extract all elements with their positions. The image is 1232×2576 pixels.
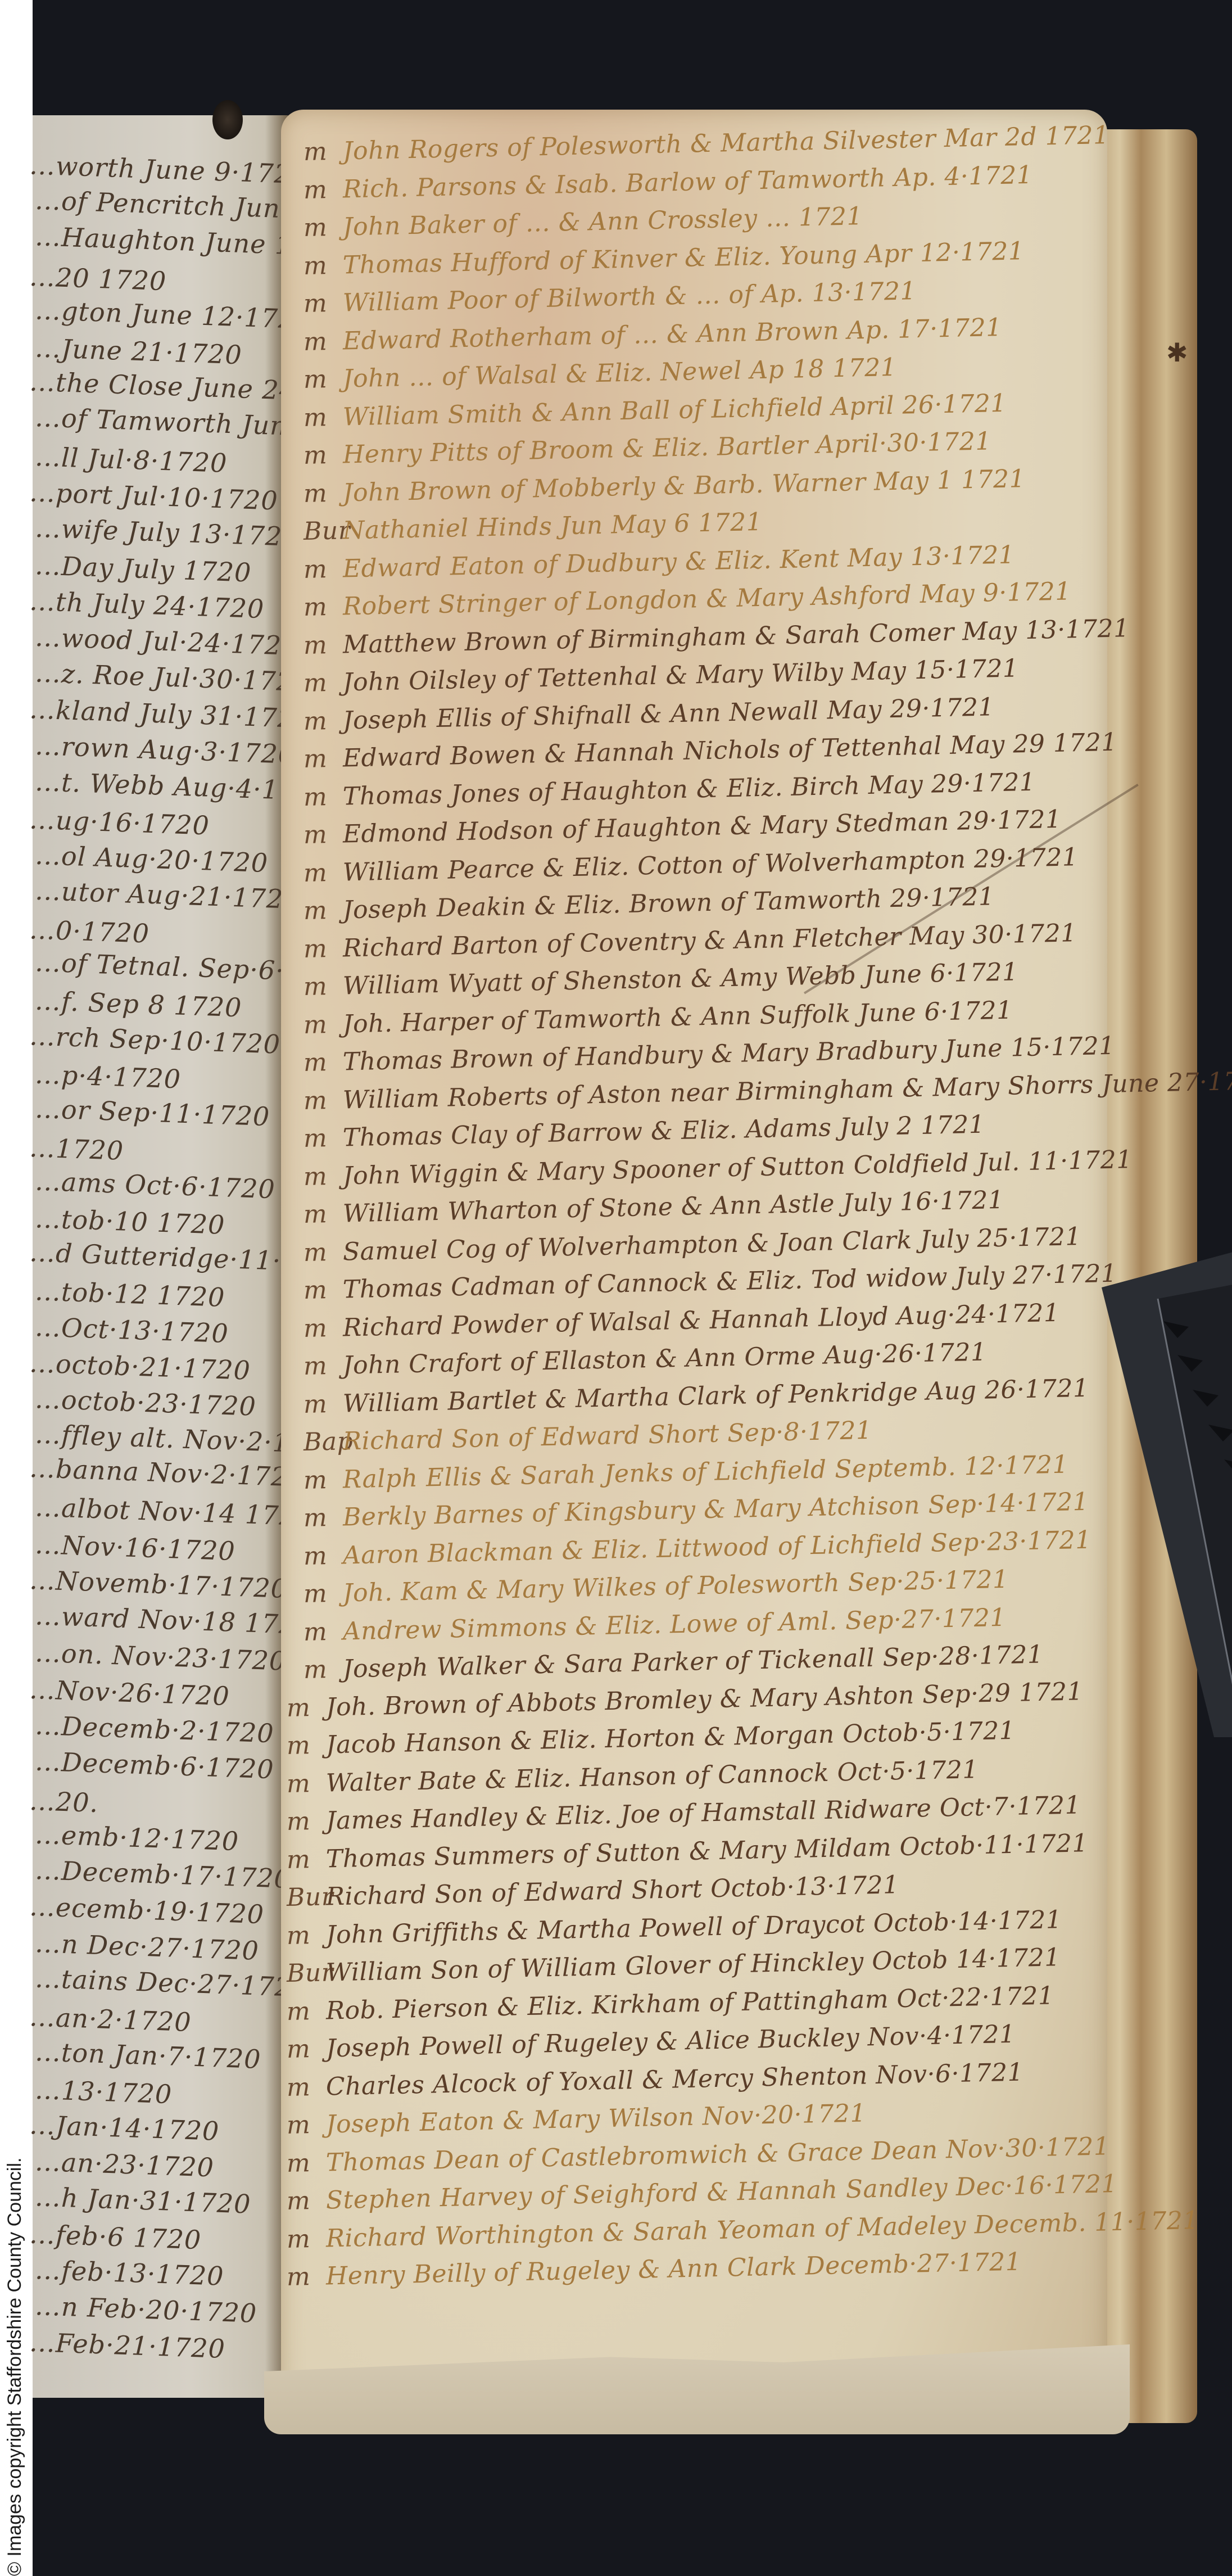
register-entry: mAndrew Simmons & Eliz. Lowe of Aml. Sep… <box>303 1603 1006 1646</box>
entry-text: William Bartlet & Martha Clark of Penkri… <box>342 1373 1089 1418</box>
register-entry: …or Sep·11·1720 <box>34 1093 270 1132</box>
entry-text: Matthew Brown of Birmingham & Sarah Come… <box>342 614 1130 659</box>
entry-type-label: m <box>303 1162 343 1191</box>
entry-type-label: m <box>303 403 343 432</box>
register-entry: mJacob Hanson & Eliz. Horton & Morgan Oc… <box>286 1716 1015 1760</box>
entry-type-label: m <box>286 2262 326 2292</box>
entry-type-label: Bur <box>286 1959 326 1988</box>
entry-type-label: m <box>303 1579 343 1608</box>
entry-type-label: m <box>286 1731 326 1760</box>
entry-type-label: m <box>286 2186 326 2216</box>
register-entry: mWilliam Wharton of Stone & Ann Astle Ju… <box>303 1186 1004 1229</box>
entry-text: Richard Son of Edward Short Octob·13·172… <box>325 1870 899 1911</box>
entry-text: Joseph Powell of Rugeley & Alice Buckley… <box>325 2020 1016 2063</box>
entry-text: John Crafort of Ellaston & Ann Orme Aug·… <box>342 1338 987 1380</box>
entry-text: James Handley & Eliz. Joe of Hamstall Ri… <box>325 1791 1081 1835</box>
register-entry: mRich. Parsons & Isab. Barlow of Tamwort… <box>303 160 1032 204</box>
register-entry: mThomas Hufford of Kinver & Eliz. Young … <box>303 237 1024 281</box>
register-entry: …th July 24·1720 <box>29 586 265 625</box>
entry-text: Richard Worthington & Sarah Yeoman of Ma… <box>325 2206 1199 2253</box>
register-entry: mJoh. Harper of Tamworth & Ann Suffolk J… <box>303 996 1013 1039</box>
register-entry: mJohn Baker of … & Ann Crossley … 1721 <box>303 202 863 242</box>
register-entry: mJohn Rogers of Polesworth & Martha Silv… <box>303 121 1109 166</box>
register-entry: …utor Aug·21·1720 <box>34 875 301 915</box>
entry-text: Jacob Hanson & Eliz. Horton & Morgan Oct… <box>325 1716 1015 1760</box>
register-entry: mThomas Clay of Barrow & Eliz. Adams Jul… <box>303 1110 985 1153</box>
register-entry: mJoseph Powell of Rugeley & Alice Buckle… <box>286 2020 1016 2064</box>
entry-type-label: m <box>303 744 343 774</box>
register-entry: mJoh. Kam & Mary Wilkes of Polesworth Se… <box>303 1565 1008 1608</box>
entry-type-label: m <box>286 2035 326 2064</box>
register-entry: mWilliam Poor of Bilworth & … of Ap. 13·… <box>303 277 916 318</box>
entry-text: William Wharton of Stone & Ann Astle Jul… <box>342 1186 1004 1228</box>
register-entry: …n Dec·27·1720 <box>34 1928 260 1966</box>
right-page: mJohn Rogers of Polesworth & Martha Silv… <box>281 110 1107 2420</box>
register-entry: …n Feb·20·1720 <box>34 2290 257 2329</box>
entry-text: Thomas Hufford of Kinver & Eliz. Young A… <box>342 237 1024 279</box>
register-entry: …albot Nov·14 1720 <box>34 1492 314 1531</box>
register-entry: …feb·13·1720 <box>34 2254 224 2292</box>
entry-text: Thomas Dean of Castlebromwich & Grace De… <box>325 2132 1109 2177</box>
entry-type-label: m <box>303 1465 343 1494</box>
binding-clasp-icon <box>212 100 243 139</box>
entry-text: Aaron Blackman & Eliz. Littwood of Lichf… <box>342 1525 1091 1570</box>
entry-type-label: m <box>303 1048 343 1077</box>
entry-text: Thomas Brown of Handbury & Mary Bradbury… <box>342 1032 1115 1077</box>
entry-type-label: m <box>303 1389 343 1418</box>
entry-text: Rich. Parsons & Isab. Barlow of Tamworth… <box>342 160 1032 204</box>
entry-type-label: m <box>303 1276 343 1305</box>
entry-type-label: m <box>286 2148 326 2177</box>
register-entry: …Oct·13·1720 <box>34 1312 229 1349</box>
entry-type-label: m <box>303 478 343 508</box>
register-entry: …ug·16·1720 <box>29 804 210 840</box>
register-entry: BurWilliam Son of William Glover of Hinc… <box>286 1943 1061 1988</box>
entry-text: Stephen Harvey of Seighford & Hannah San… <box>325 2170 1117 2215</box>
entry-type-label: m <box>286 1807 326 1836</box>
entry-type-label: m <box>303 1655 343 1684</box>
register-entry: mJohn Oilsley of Tettenhal & Mary Wilby … <box>303 654 1018 698</box>
register-entry: …ward Nov·18 1720 <box>34 1600 313 1640</box>
entry-type-label: m <box>303 593 343 622</box>
register-entry: BurNathaniel Hinds Jun May 6 1721 <box>303 508 762 546</box>
entry-type-label: m <box>303 1010 343 1039</box>
entry-type-label: m <box>286 2110 326 2140</box>
register-entry: …wife July 13·1720 <box>34 513 300 552</box>
entry-type-label: m <box>303 175 343 204</box>
entry-type-label: m <box>303 289 343 318</box>
register-entry: mJoseph Walker & Sara Parker of Tickenal… <box>303 1640 1043 1684</box>
left-page: …worth June 9·1720…of Pencritch June 9·1… <box>33 115 297 2398</box>
register-entry: BurRichard Son of Edward Short Octob·13·… <box>286 1870 899 1912</box>
entry-text: Henry Pitts of Broom & Eliz. Bartler Apr… <box>342 427 991 469</box>
register-entry: …June 21·1720 <box>34 332 242 370</box>
register-entry: …port Jul·10·1720 <box>29 477 278 516</box>
entry-type-label: m <box>303 251 343 280</box>
register-entry: …p·4·1720 <box>34 1059 182 1094</box>
entry-type-label: m <box>303 668 343 698</box>
entry-type-label: m <box>303 1124 343 1153</box>
register-entry: …an·2·1720 <box>29 2001 192 2037</box>
entry-text: Walter Bate & Eliz. Hanson of Cannock Oc… <box>325 1755 979 1797</box>
register-entry: mWilliam Bartlet & Martha Clark of Penkr… <box>303 1373 1089 1418</box>
register-entry: …Jan·14·1720 <box>29 2109 220 2146</box>
register-entry: mRob. Pierson & Eliz. Kirkham of Patting… <box>286 1981 1054 2026</box>
register-entry: …20. <box>29 1785 99 1818</box>
register-entry: mJoh. Brown of Abbots Bromley & Mary Ash… <box>286 1677 1083 1723</box>
register-entry: mHenry Beilly of Rugeley & Ann Clark Dec… <box>286 2248 1021 2292</box>
register-entry: …ams Oct·6·1720 <box>34 1166 275 1205</box>
metal-clip-icon <box>1068 1242 1232 1737</box>
register-entry: …tob·12 1720 <box>34 1276 225 1313</box>
entry-type-label: m <box>303 1503 343 1533</box>
entry-type-label: Bap <box>303 1427 343 1457</box>
register-entry: …Decemb·2·1720 <box>34 1710 274 1748</box>
register-entry: mJohn Crafort of Ellaston & Ann Orme Aug… <box>303 1338 987 1381</box>
entry-text: William Wyatt of Shenston & Amy Webb Jun… <box>342 957 1018 1000</box>
register-entry: mEdward Rotherham of … & Ann Brown Ap. 1… <box>303 313 1002 356</box>
entry-text: John Wiggin & Mary Spooner of Sutton Col… <box>342 1145 1133 1190</box>
entry-text: Edward Rotherham of … & Ann Brown Ap. 17… <box>342 313 1002 355</box>
register-entry: mWilliam Pearce & Eliz. Cotton of Wolver… <box>303 843 1078 888</box>
register-entry: mRalph Ellis & Sarah Jenks of Lichfield … <box>303 1450 1068 1494</box>
entry-text: John Griffiths & Martha Powell of Drayco… <box>325 1905 1062 1949</box>
register-entry: mJoseph Eaton & Mary Wilson Nov·20·1721 <box>286 2099 866 2140</box>
register-entry: …Day July 1720 <box>34 550 252 587</box>
register-entry: mCharles Alcock of Yoxall & Mercy Shento… <box>286 2058 1023 2102</box>
entry-text: Joseph Walker & Sara Parker of Tickenall… <box>342 1640 1043 1683</box>
register-entry: mSamuel Cog of Wolverhampton & Joan Clar… <box>303 1222 1081 1267</box>
entry-type-label: m <box>303 1086 343 1115</box>
register-entry: mJohn Wiggin & Mary Spooner of Sutton Co… <box>303 1145 1133 1191</box>
entry-text: Nathaniel Hinds Jun May 6 1721 <box>342 508 762 545</box>
entry-type-label: m <box>303 327 343 356</box>
entry-type-label: m <box>286 1920 326 1950</box>
entry-type-label: m <box>303 934 343 963</box>
register-entry: mThomas Dean of Castlebromwich & Grace D… <box>286 2132 1109 2178</box>
entry-text: John Oilsley of Tettenhal & Mary Wilby M… <box>342 654 1018 697</box>
entry-type-label: m <box>303 441 343 470</box>
register-entry: …z. Roe Jul·30·1720 <box>34 657 311 697</box>
entry-text: Edward Bowen & Hannah Nichols of Tettenh… <box>342 728 1117 773</box>
entry-type-label: m <box>303 706 343 735</box>
entry-text: Joh. Kam & Mary Wilkes of Polesworth Sep… <box>342 1565 1008 1608</box>
register-entry: mAaron Blackman & Eliz. Littwood of Lich… <box>303 1525 1091 1570</box>
register-entry: mRichard Worthington & Sarah Yeoman of M… <box>286 2206 1199 2254</box>
register-entry: mEdward Bowen & Hannah Nichols of Tetten… <box>303 728 1117 774</box>
register-entry: …wood Jul·24·1720 <box>34 621 299 661</box>
register-entry: …gton June 12·1720 <box>34 295 312 335</box>
entry-text: Joh. Brown of Abbots Bromley & Mary Asht… <box>325 1677 1083 1721</box>
register-entry: mWalter Bate & Eliz. Hanson of Cannock O… <box>286 1755 979 1798</box>
register-entry: …ecemb·19·1720 <box>29 1891 265 1930</box>
register-entry: …kland July 31·1720 <box>29 694 312 734</box>
entry-text: Ralph Ellis & Sarah Jenks of Lichfield S… <box>342 1450 1068 1494</box>
register-entry: …13·1720 <box>34 2074 173 2109</box>
entry-type-label: m <box>303 972 343 1001</box>
entry-type-label: m <box>303 858 343 887</box>
entry-text: Edmond Hodson of Haughton & Mary Stedman… <box>342 805 1061 849</box>
register-entry: …rch Sep·10·1720 <box>29 1020 281 1060</box>
register-entry: …Feb·21·1720 <box>29 2327 226 2364</box>
entry-type-label: m <box>286 2072 326 2102</box>
register-entry: mRobert Stringer of Longdon & Mary Ashfo… <box>303 577 1071 622</box>
entry-text: Samuel Cog of Wolverhampton & Joan Clark… <box>342 1222 1081 1267</box>
entry-type-label: m <box>286 1996 326 2026</box>
register-entry: …tob·10 1720 <box>34 1203 225 1240</box>
register-entry: …ton Jan·7·1720 <box>34 2036 261 2075</box>
entry-text: Thomas Clay of Barrow & Eliz. Adams July… <box>342 1110 985 1153</box>
register-entry: mThomas Cadman of Cannock & Eliz. Tod wi… <box>303 1259 1117 1305</box>
register-entry: …20 1720 <box>29 261 167 296</box>
entry-text: Henry Beilly of Rugeley & Ann Clark Dece… <box>325 2248 1021 2291</box>
entry-type-label: m <box>303 1352 343 1381</box>
register-entry: mJohn Brown of Mobberly & Barb. Warner M… <box>303 464 1025 508</box>
register-entry: …f. Sep 8 1720 <box>34 985 242 1023</box>
register-entry: mThomas Jones of Haughton & Eliz. Birch … <box>303 767 1035 811</box>
entry-type-label: m <box>303 137 343 166</box>
entry-text: John Baker of … & Ann Crossley … 1721 <box>342 202 863 241</box>
register-entry: …emb·12·1720 <box>34 1819 239 1857</box>
register-entry: mJohn Griffiths & Martha Powell of Drayc… <box>286 1905 1062 1950</box>
entry-text: Andrew Simmons & Eliz. Lowe of Aml. Sep·… <box>342 1603 1006 1646</box>
entry-text: William Pearce & Eliz. Cotton of Wolverh… <box>342 843 1078 887</box>
register-entry: mRichard Powder of Walsal & Hannah Lloyd… <box>303 1298 1059 1343</box>
margin-asterisk-icon: ✱ <box>1166 337 1188 368</box>
entry-text: Joh. Harper of Tamworth & Ann Suffolk Ju… <box>342 996 1013 1038</box>
entry-type-label: m <box>303 1313 343 1343</box>
register-entry: mWilliam Smith & Ann Ball of Lichfield A… <box>303 388 1007 432</box>
entry-text: John Brown of Mobberly & Barb. Warner Ma… <box>342 464 1025 507</box>
entry-type-label: m <box>303 1237 343 1267</box>
entry-text: Richard Son of Edward Short Sep·8·1721 <box>342 1416 872 1456</box>
entry-type-label: Bur <box>303 517 343 546</box>
entry-text: Robert Stringer of Longdon & Mary Ashfor… <box>342 577 1071 621</box>
entry-type-label: m <box>303 630 343 659</box>
entry-text: Charles Alcock of Yoxall & Mercy Shenton… <box>325 2058 1023 2101</box>
register-entry: …1720 <box>29 1132 124 1166</box>
entry-text: John Rogers of Polesworth & Martha Silve… <box>342 121 1109 166</box>
entry-text: Joseph Eaton & Mary Wilson Nov·20·1721 <box>325 2099 866 2139</box>
register-entry: …ol Aug·20·1720 <box>34 839 269 878</box>
register-entry: …h Jan·31·1720 <box>34 2181 251 2219</box>
register-entry: …feb·6 1720 <box>29 2218 202 2255</box>
register-entry: mWilliam Wyatt of Shenston & Amy Webb Ju… <box>303 957 1018 1001</box>
entry-text: Richard Barton of Coventry & Ann Fletche… <box>342 919 1077 962</box>
entry-text: Rob. Pierson & Eliz. Kirkham of Pattingh… <box>325 1981 1054 2025</box>
entry-type-label: m <box>303 213 343 242</box>
register-entry: mJames Handley & Eliz. Joe of Hamstall R… <box>286 1791 1081 1836</box>
entry-text: Thomas Cadman of Cannock & Eliz. Tod wid… <box>342 1259 1117 1304</box>
register-entry: …rown Aug·3·1720 <box>34 730 296 770</box>
entry-text: John … of Walsal & Eliz. Newel Ap 18 172… <box>342 353 896 394</box>
entry-text: Richard Powder of Walsal & Hannah Lloyd … <box>342 1298 1059 1342</box>
entry-type-label: Bur <box>286 1883 326 1912</box>
register-entry: mJoseph Ellis of Shifnall & Ann Newall M… <box>303 693 994 736</box>
entry-text: Berkly Barnes of Kingsbury & Mary Atchis… <box>342 1488 1089 1532</box>
entry-type-label: m <box>286 1693 326 1722</box>
entry-text: Thomas Summers of Sutton & Mary Mildam O… <box>325 1829 1088 1873</box>
entry-text: Thomas Jones of Haughton & Eliz. Birch M… <box>342 767 1035 811</box>
entry-text: William Smith & Ann Ball of Lichfield Ap… <box>342 388 1007 431</box>
entry-type-label: m <box>303 554 343 584</box>
register-entry: …tains Dec·27·1720 <box>34 1963 309 2003</box>
register-entry: mEdward Eaton of Dudbury & Eliz. Kent Ma… <box>303 540 1014 584</box>
register-entry: mStephen Harvey of Seighford & Hannah Sa… <box>286 2170 1117 2216</box>
register-entry: mThomas Summers of Sutton & Mary Mildam … <box>286 1829 1088 1874</box>
register-entry: …octob·21·1720 <box>29 1348 251 1386</box>
copyright-notice: © Images copyright Staffordshire County … <box>2 2149 27 2576</box>
register-entry: …worth June 9·1720 <box>29 150 309 189</box>
entry-text: Joseph Deakin & Eliz. Brown of Tamworth … <box>342 882 994 924</box>
register-entry: mHenry Pitts of Broom & Eliz. Bartler Ap… <box>303 427 991 470</box>
entry-type-label: m <box>303 1541 343 1570</box>
register-entry: …ll Jul·8·1720 <box>34 441 228 478</box>
register-entry: …Nov·16·1720 <box>34 1529 235 1566</box>
register-entry: mBerkly Barnes of Kingsbury & Mary Atchi… <box>303 1488 1089 1533</box>
entry-text: William Poor of Bilworth & … of Ap. 13·1… <box>342 277 916 317</box>
entry-type-label: m <box>303 365 343 394</box>
entry-type-label: m <box>286 1769 326 1798</box>
register-entry: …Nov·26·1720 <box>29 1674 230 1711</box>
register-entry: mJoseph Deakin & Eliz. Brown of Tamworth… <box>303 882 994 925</box>
register-entry: mJohn … of Walsal & Eliz. Newel Ap 18 17… <box>303 353 896 394</box>
entry-type-label: m <box>286 1845 326 1874</box>
entry-type-label: m <box>303 896 343 925</box>
register-entry: mThomas Brown of Handbury & Mary Bradbur… <box>303 1032 1115 1077</box>
register-entry: …Decemb·17·1720 <box>34 1855 292 1894</box>
register-entry: BapRichard Son of Edward Short Sep·8·172… <box>303 1416 872 1457</box>
register-entry: mRichard Barton of Coventry & Ann Fletch… <box>303 919 1077 964</box>
entry-type-label: m <box>303 1617 343 1646</box>
register-entry: …an·23·1720 <box>34 2146 215 2182</box>
entry-type-label: m <box>303 820 343 849</box>
register-entry: mEdmond Hodson of Haughton & Mary Stedma… <box>303 805 1061 849</box>
register-entry: …Novemb·17·1720 <box>29 1564 288 1603</box>
entry-text: William Son of William Glover of Hinckle… <box>325 1943 1061 1987</box>
entry-text: Joseph Ellis of Shifnall & Ann Newall Ma… <box>342 693 994 735</box>
entry-type-label: m <box>303 1200 343 1229</box>
register-entry: …Decemb·6·1720 <box>34 1746 274 1785</box>
register-entry: mMatthew Brown of Birmingham & Sarah Com… <box>303 614 1130 660</box>
register-entry: …octob·23·1720 <box>34 1384 257 1422</box>
register-entry: …0·1720 <box>29 914 150 948</box>
entry-type-label: m <box>303 782 343 811</box>
register-entry: …on. Nov·23·1720 <box>34 1637 287 1676</box>
entry-text: Edward Eaton of Dudbury & Eliz. Kent May… <box>342 540 1014 583</box>
entry-type-label: m <box>286 2224 326 2253</box>
